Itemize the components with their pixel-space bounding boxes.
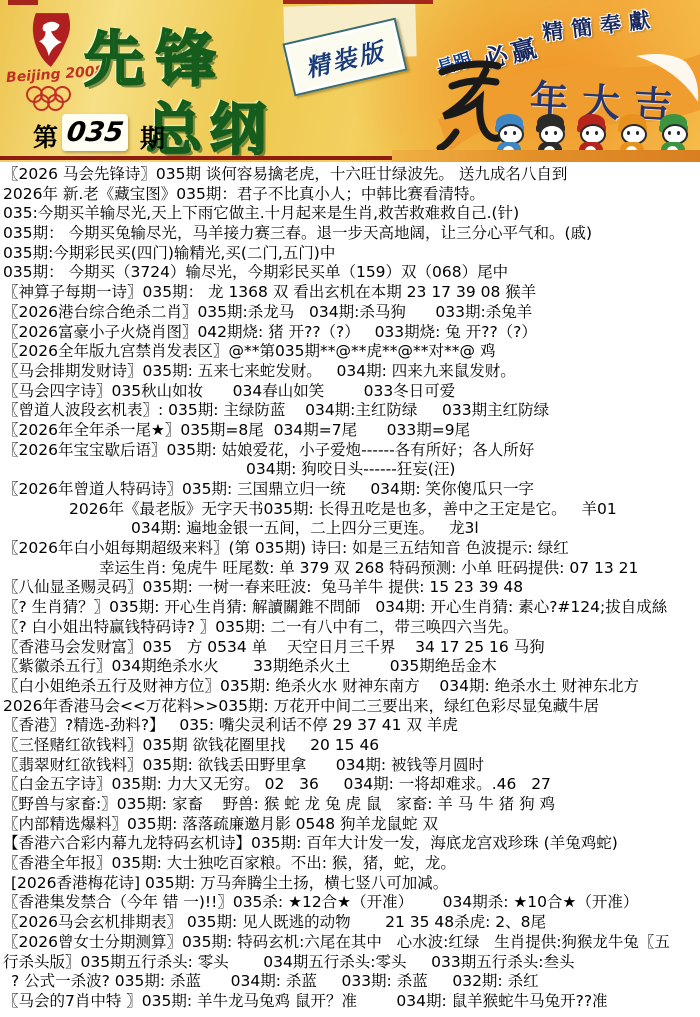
tip-line: 〖三怪赌红欲钱料〗035期 欲钱花圈里找 20 15 46 <box>3 736 700 756</box>
tip-line: 【香港六合彩内幕九龙特码玄机诗】035期: 百年大计发一发，海底龙宫戏珍珠 (羊… <box>3 834 700 854</box>
tip-line: 〖香港全年报〗035期: 大士独吃百家粮。不出: 猴，猪，蛇，龙。 <box>3 854 700 874</box>
tip-line: 〖马会四字诗〗035秋山如妆 034春山如笑 033冬日可爱 <box>3 382 700 402</box>
tip-line: 〖2026全年版九宫禁肖发表区〗@**第035期**@**虎**@**对**@ … <box>3 342 700 362</box>
tip-line: 〖2026 马会先锋诗〗035期 谈何容易擒老虎，十六旺廿绿波先。 送九成名八自… <box>3 165 700 185</box>
tip-line: 035期： 今期买（3724）输尽光，今期彩民买单（159）双（068）尾中 <box>3 263 700 283</box>
tip-line: 〖2026年曾道人特码诗〗035期: 三国鼎立归一统 034期: 笑你傻瓜只一字 <box>3 480 700 500</box>
banner: Beijing 2008 先锋 总纲 第 035 期 精装版 必赢 精簡奉獻 長… <box>0 0 700 162</box>
tip-line: 〖马会的7肖中特 〗035期: 羊牛龙马兔鸡 鼠开？准 034期: 鼠羊猴蛇牛马… <box>3 992 700 1012</box>
red-dash-decoration <box>283 0 433 4</box>
tips-list: 〖2026 马会先锋诗〗035期 谈何容易擒老虎，十六旺廿绿波先。 送九成名八自… <box>0 162 700 1012</box>
tip-line: 〖2026年白小姐每期超级来料〗(第 035期) 诗曰: 如是三五结知音 色波提… <box>3 539 700 559</box>
olympic-rings-icon <box>26 86 86 112</box>
tip-line: 〖2026港台综合绝杀二肖〗035期:杀龙马 034期:杀马狗 033期:杀兔羊 <box>3 303 700 323</box>
issue-number-box: 035 <box>62 114 128 151</box>
tip-line: 行杀头版〗035期五行杀头: 零头 034期五行杀头:零头 033期五行杀头:叁… <box>3 953 700 973</box>
issue-suffix: 期 <box>140 119 165 155</box>
tip-line: 〖曾道人波段玄机表〗: 035期: 主绿防蓝 034期:主红防绿 033期主红防… <box>3 401 700 421</box>
tip-line: 〖2026年宝宝歇后语〗035期: 姑娘爱花，小子爱炮------各有所好；各人… <box>3 441 700 461</box>
tip-line: 幸运生肖: 兔虎牛 旺尾数: 单 379 双 268 特码预测: 小单 旺码提供… <box>3 559 700 579</box>
tip-line: 〖2026年全年杀一尾★〗035期=8尾 034期=7尾 033期=9尾 <box>3 421 700 441</box>
issue-prefix: 第 <box>33 118 58 154</box>
tip-line: 035期:今期彩民买(四门)输精光,买(二门,五门)中 <box>3 244 700 264</box>
tip-line: ? 公式一杀波? 035期: 杀蓝 034期: 杀蓝 033期: 杀蓝 032期… <box>3 972 700 992</box>
tip-line: 〖野兽与家畜:〗035期: 家畜 野兽: 猴 蛇 龙 兔 虎 鼠 家畜: 羊 马… <box>3 795 700 815</box>
tip-line: 〖翡翠财红欲钱料〗035期: 欲钱丢田野里拿 034期: 被钱等月圆时 <box>3 756 700 776</box>
banner-bottom-strip <box>392 150 700 162</box>
tip-line: 〖? 白小姐出特赢钱特码诗? 〗035期: 二一有八中有二，带三唤四六当先。 <box>3 618 700 638</box>
tip-line: 035:今期买羊输尽光,天上下雨它做主.十月起来是生肖,救苦救难救自己.(针) <box>3 204 700 224</box>
beijing-2008-seal-icon <box>30 12 74 68</box>
issue-number: 035 <box>65 117 126 148</box>
tip-line: 〖2026曾女士分期测算〗035期: 特码玄机:六尾在其中 心水波:红绿 生肖提… <box>3 933 700 953</box>
tip-line: [2026香港梅花诗] 035期: 万马奔腾尘土扬，横七竖八可加减。 <box>3 874 700 894</box>
lottery-tip-sheet-page: Beijing 2008 先锋 总纲 第 035 期 精装版 必赢 精簡奉獻 長… <box>0 0 700 1017</box>
tip-line: 035期： 今期买兔输尽光，马羊接力赛三春。退一步天高地阔，让三分心平气和。(戚… <box>3 224 700 244</box>
edition-badge-label: 精装版 <box>302 31 389 83</box>
tip-line: 〖香港集发禁合（今年 错 一)!!〗035杀: ★12合★（开准） 034期杀:… <box>3 893 700 913</box>
tip-line: 〖八仙显圣赐灵码〗035期: 一树一春来旺波: 兔马羊牛 提供: 15 23 3… <box>3 578 700 598</box>
tip-line: 〖神算子每期一诗〗035期： 龙 1368 双 看出玄机在本期 23 17 39… <box>3 283 700 303</box>
tip-line: 034期: 遍地金银一五间，二上四分三更连。 龙3l <box>3 519 700 539</box>
tip-line: 〖2026富豪小子火烧肖图〗042期烧: 猪 开??（?） 033期烧: 兔 开… <box>3 323 700 343</box>
tip-line: 〖香港〗?精选-劲料?】 035: 嘴尖灵利话不停 29 37 41 双 羊虎 <box>3 716 700 736</box>
tip-line: 〖白金五字诗〗035期: 力大又无穷。 02 36 034期: 一将却难求。.4… <box>3 775 700 795</box>
page-title-sub: 总纲 <box>146 86 274 162</box>
tip-line: 〖2026马会玄机排期表〗 035期: 见人既逃的动物 21 35 48杀虎: … <box>3 913 700 933</box>
banner-bottom-line <box>0 156 392 160</box>
tip-line: 2026年 新.老《藏宝图》035期：君子不比真小人；中韩比赛看清特。 <box>3 185 700 205</box>
tip-line: 〖香港马会发财富〗035 方 0534 单 天空日月三千界 34 17 25 1… <box>3 638 700 658</box>
tip-line: 2026年《最老版》无字天书035期: 长得丑吃是也多，善中之王定是它。 羊01 <box>3 500 700 520</box>
tip-line: 〖马会排期发财诗〗035期: 五来七来蛇发财。 034期: 四来九来鼠发财。 <box>3 362 700 382</box>
tip-line: 〖白小姐绝杀五行及财神方位〗035期: 绝杀火水 财神东南方 034期: 绝杀水… <box>3 677 700 697</box>
tip-line: 034期: 狗咬日头------狂妄(汪) <box>3 460 700 480</box>
tip-line: 〖? 生肖猜？〗035期: 开心生肖猜: 解讀關錐不問師 034期: 开心生肖猜… <box>3 598 700 618</box>
tip-line: 〖紫徽杀五行〗034期绝杀水火 33期绝杀火土 035期绝岳金木 <box>3 657 700 677</box>
tip-line: 2026年香港马会<<万花料>>035期: 万花开中间二三要出来，绿红色彩尽显兔… <box>3 697 700 717</box>
red-dash-decoration <box>8 0 38 5</box>
tip-line: 〖内部精选爆料〗035期: 落落疏廉邀月影 0548 狗羊龙鼠蛇 双 <box>3 815 700 835</box>
